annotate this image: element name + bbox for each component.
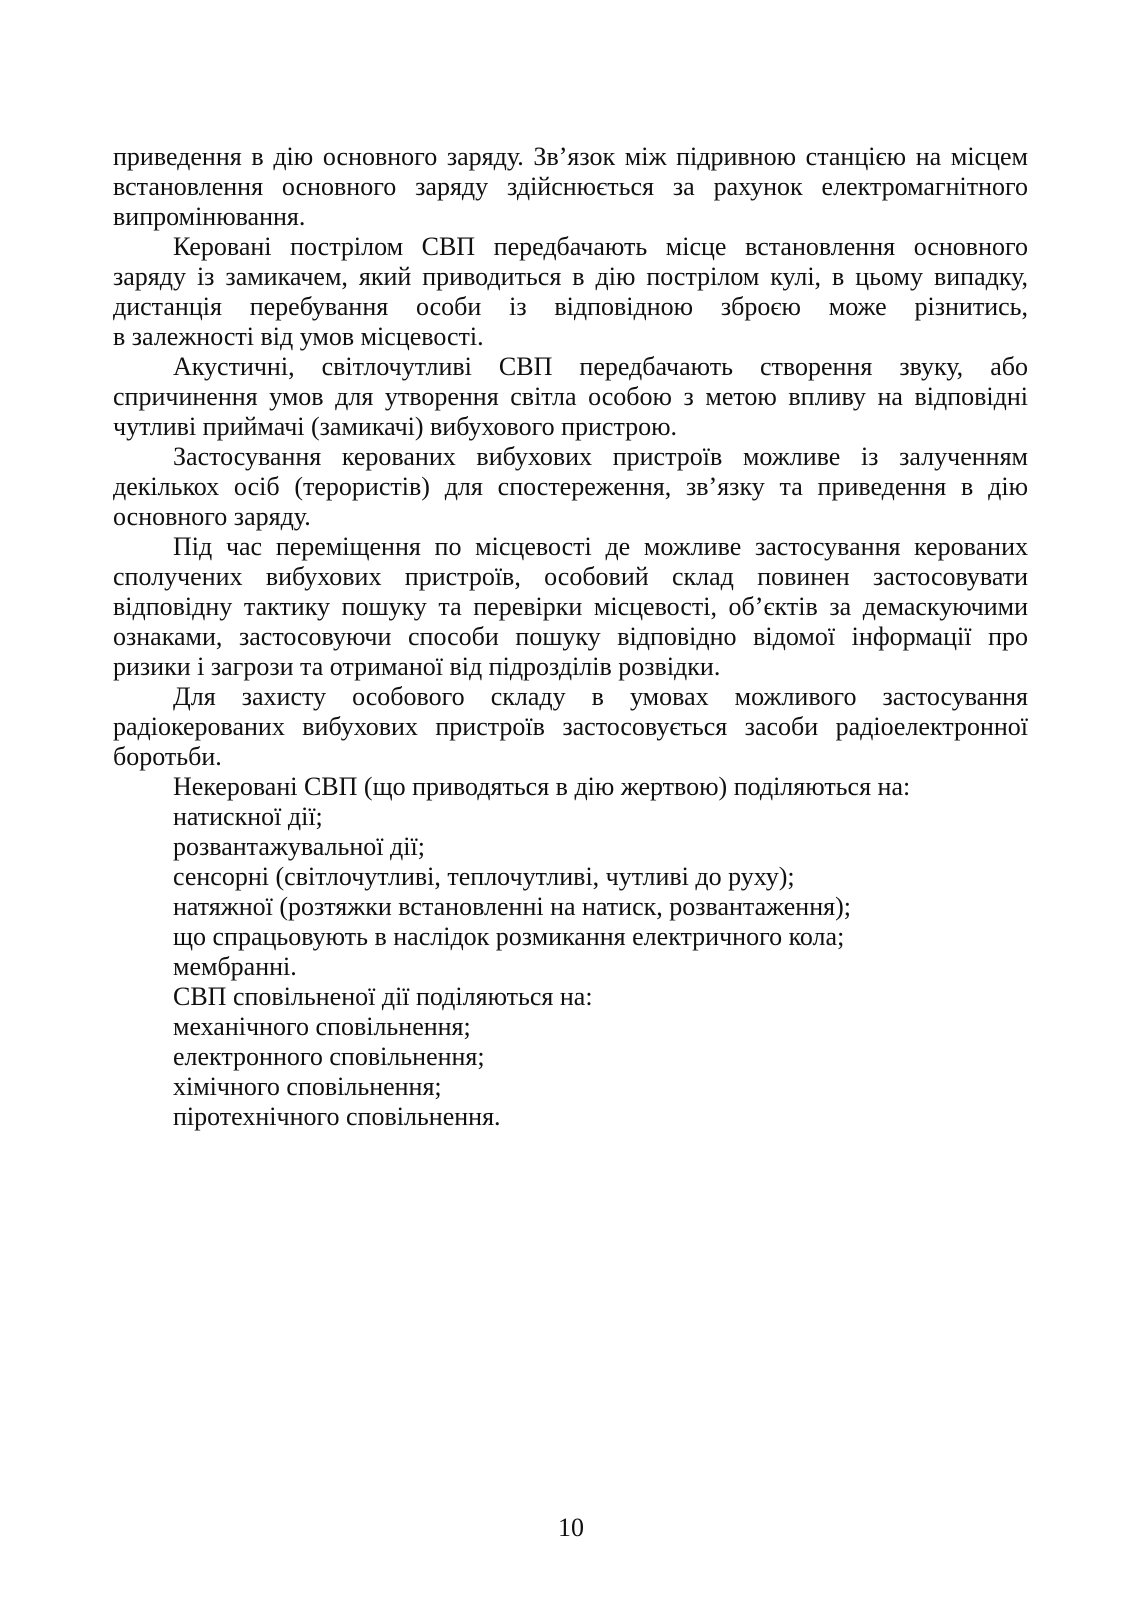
list-item: електронного сповільнення; [113,1042,1028,1072]
paragraph-line: Для захисту особового складу в умовах мо… [113,682,1028,712]
paragraph-line: боротьби. [113,742,1028,772]
paragraph-line: спричинення умов для утворення світла ос… [113,382,1028,412]
paragraph-line: ризики і загрози та отриманої від підроз… [113,652,1028,682]
document-page: приведення в дію основного заряду. Зв’яз… [0,0,1142,1615]
page-number: 10 [0,1513,1142,1543]
paragraph-line: Акустичні, світлочутливі СВП передбачают… [113,352,1028,382]
paragraph-line: відповідну тактику пошуку та перевірки м… [113,592,1028,622]
paragraph-line: встановлення основного заряду здійснюєть… [113,172,1028,202]
paragraph-line: декількох осіб (терористів) для спостере… [113,472,1028,502]
paragraph-line: основного заряду. [113,502,1028,532]
paragraph-line: Під час переміщення по місцевості де мож… [113,532,1028,562]
list-item: мембранні. [113,952,1028,982]
paragraph-line: ознаками, застосовуючи способи пошуку ві… [113,622,1028,652]
list-item: хімічного сповільнення; [113,1072,1028,1102]
text-block: приведення в дію основного заряду. Зв’яз… [113,142,1028,1132]
paragraph-line: приведення в дію основного заряду. Зв’яз… [113,142,1028,172]
list-item: сенсорні (світлочутливі, теплочутливі, ч… [113,862,1028,892]
list-item: натяжної (розтяжки встановленні на натис… [113,892,1028,922]
list-item: механічного сповільнення; [113,1012,1028,1042]
paragraph-line: чутливі приймачі (замикачі) вибухового п… [113,412,1028,442]
list-intro-line: СВП сповільненої дії поділяються на: [113,982,1028,1012]
list-item: що спрацьовують в наслідок розмикання ел… [113,922,1028,952]
paragraph-line: радіокерованих вибухових пристроїв засто… [113,712,1028,742]
paragraph-line: випромінювання. [113,202,1028,232]
list-item: натискної дії; [113,802,1028,832]
paragraph-line: заряду із замикачем, який приводиться в … [113,262,1028,292]
paragraph-line: в залежності від умов місцевості. [113,322,1028,352]
list-item: розвантажувальної дії; [113,832,1028,862]
paragraph-line: сполучених вибухових пристроїв, особовий… [113,562,1028,592]
list-item: піротехнічного сповільнення. [113,1102,1028,1132]
paragraph-line: Застосування керованих вибухових пристро… [113,442,1028,472]
paragraph-line: Керовані пострілом СВП передбачають місц… [113,232,1028,262]
list-intro-line: Некеровані СВП (що приводяться в дію жер… [113,772,1028,802]
paragraph-line: дистанція перебування особи із відповідн… [113,292,1028,322]
